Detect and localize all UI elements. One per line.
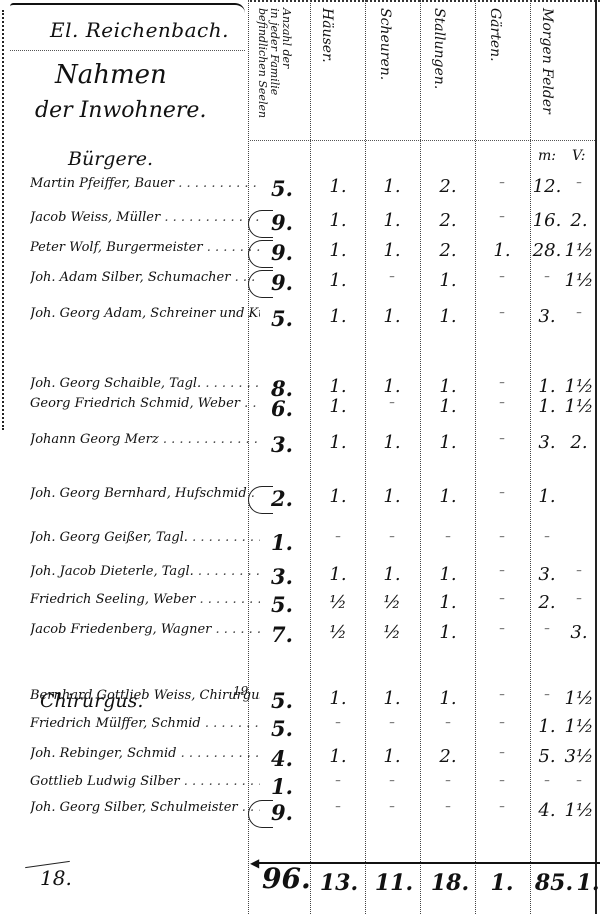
cell-barns: – (372, 716, 412, 729)
cell-stables: 1. (428, 376, 468, 397)
cell-meadows: 1½ (562, 376, 596, 397)
cell-barns: 1. (372, 486, 412, 507)
cell-fields: 1. (530, 396, 564, 417)
inhabitant-name: Friedrich Seeling, Weber (30, 592, 260, 608)
table-row: Johann Georg Merz3.1.1.1.–3.2. (0, 432, 600, 460)
inhabitant-name: Joh. Georg Bernhard, Hufschmid (30, 486, 260, 502)
cell-stables: 2. (428, 210, 468, 231)
inhabitant-name: Friedrich Mülffer, Schmid (30, 716, 260, 732)
cell-gardens: – (482, 432, 522, 445)
column-header-houses: Häuser. (320, 8, 334, 63)
cell-stables: – (428, 716, 468, 729)
cell-stables: 1. (428, 688, 468, 709)
cell-barns: 1. (372, 432, 412, 453)
inhabitant-name: Gottlieb Ludwig Silber (30, 774, 260, 790)
cell-gardens: – (482, 564, 522, 577)
cell-gardens: – (482, 592, 522, 605)
cell-meadows: 2. (562, 210, 596, 231)
cell-houses: – (318, 800, 358, 813)
column-header-stables: Stallungen. (432, 8, 446, 89)
cell-fields: – (530, 270, 564, 283)
document-title: El. Reichenbach. (50, 18, 229, 42)
cell-gardens: – (482, 486, 522, 499)
inhabitant-name: Joh. Georg Adam, Schreiner und Küfer (30, 306, 260, 322)
inhabitant-name: Joh. Jacob Dieterle, Tagl. (30, 564, 260, 580)
cell-gardens: 1. (482, 240, 522, 261)
total-barns: 11. (372, 870, 416, 896)
cell-meadows: 1½ (562, 240, 596, 261)
cell-persons: 5. (262, 592, 302, 617)
cell-meadows: 1½ (562, 688, 596, 709)
cell-meadows: – (562, 564, 596, 577)
cell-gardens: – (482, 396, 522, 409)
cell-houses: 1. (318, 688, 358, 709)
column-header-barns: Scheuren. (378, 8, 392, 80)
cell-persons: 5. (262, 306, 302, 331)
cell-meadows: – (562, 306, 596, 319)
cell-meadows: 1½ (562, 270, 596, 291)
cell-barns: – (372, 396, 412, 409)
cell-houses: – (318, 716, 358, 729)
cell-stables: 1. (428, 486, 468, 507)
cell-fields: 1. (530, 486, 564, 507)
cell-gardens: – (482, 306, 522, 319)
table-row: Peter Wolf, Burgermeister9.1.1.2.1.28.1½ (0, 240, 600, 268)
cell-gardens: – (482, 622, 522, 635)
inhabitant-name: Joh. Rebinger, Schmid (30, 746, 260, 762)
cell-fields: 12. (530, 176, 564, 197)
cell-barns: 1. (372, 376, 412, 397)
cell-houses: ½ (318, 592, 358, 613)
cell-houses: 1. (318, 432, 358, 453)
cell-meadows: 1½ (562, 800, 596, 821)
cell-persons: 5. (262, 716, 302, 741)
total-stables: 18. (428, 870, 472, 896)
cell-fields: 4. (530, 800, 564, 821)
cell-stables: – (428, 800, 468, 813)
cell-fields: 2. (530, 592, 564, 613)
subheader-meadows: V: (572, 148, 585, 164)
cell-fields: 28. (530, 240, 564, 261)
cell-houses: 1. (318, 376, 358, 397)
cell-houses: – (318, 774, 358, 787)
cell-barns: 1. (372, 240, 412, 261)
cell-persons: 5. (262, 688, 302, 713)
page-edge-top (10, 3, 245, 13)
cell-gardens: – (482, 688, 522, 701)
cell-fields: 16. (530, 210, 564, 231)
cell-gardens: – (482, 176, 522, 189)
cell-persons: 5. (262, 176, 302, 201)
column-header-fields: Morgen Felder (540, 8, 554, 114)
heading-inhabitants: der Inwohnere. (35, 98, 206, 123)
page-edge-top-right (250, 0, 600, 5)
cell-persons: 1. (262, 530, 302, 555)
cell-meadows: 1½ (562, 716, 596, 737)
inhabitant-name: Jacob Friedenberg, Wagner (30, 622, 260, 638)
table-row: Friedrich Mülffer, Schmid5.––––1.1½ (0, 716, 600, 744)
cell-persons: 9. (262, 270, 302, 295)
cell-houses: 1. (318, 746, 358, 767)
cell-fields: 1. (530, 716, 564, 737)
cell-persons: 3. (262, 564, 302, 589)
cell-persons: 9. (262, 210, 302, 235)
cell-stables: 2. (428, 240, 468, 261)
cell-gardens: – (482, 774, 522, 787)
cell-stables: 1. (428, 432, 468, 453)
table-row: Joh. Georg Silber, Schulmeister9.––––4.1… (0, 800, 600, 828)
heading-names: Nahmen (55, 60, 167, 90)
section-label-burgers: Bürgere. (68, 148, 153, 170)
inhabitant-name: Peter Wolf, Burgermeister (30, 240, 260, 256)
cell-fields: – (530, 530, 564, 543)
table-row: Gottlieb Ludwig Silber1.–––––– (0, 774, 600, 802)
cell-meadows: – (562, 774, 596, 787)
cell-stables: 1. (428, 592, 468, 613)
cell-fields: – (530, 622, 564, 635)
cell-gardens: – (482, 376, 522, 389)
cell-barns: 1. (372, 688, 412, 709)
cell-houses: ½ (318, 622, 358, 643)
cell-barns: – (372, 270, 412, 283)
cell-stables: 1. (428, 396, 468, 417)
cell-stables: 1. (428, 622, 468, 643)
cell-barns: – (372, 774, 412, 787)
cell-persons: 1. (262, 774, 302, 799)
cell-persons: 2. (262, 486, 302, 511)
cell-stables: 2. (428, 746, 468, 767)
cell-houses: 1. (318, 210, 358, 231)
total-gardens: 1. (480, 870, 524, 896)
cell-barns: 1. (372, 564, 412, 585)
cell-houses: 1. (318, 564, 358, 585)
cell-houses: 1. (318, 240, 358, 261)
cell-houses: 1. (318, 270, 358, 291)
cell-houses: 1. (318, 176, 358, 197)
cell-stables: 1. (428, 270, 468, 291)
table-row: Jacob Weiss, Müller9.1.1.2.–16.2. (0, 210, 600, 238)
cell-meadows: 2. (562, 432, 596, 453)
cell-fields: 1. (530, 376, 564, 397)
cell-barns: 1. (372, 746, 412, 767)
table-row: Martin Pfeiffer, Bauer5.1.1.2.–12.– (0, 176, 600, 204)
section-label-chirurgus: Chirurgus. (40, 690, 143, 712)
table-row: Friedrich Seeling, Weber5.½½1.–2.– (0, 592, 600, 620)
table-row: Joh. Georg Adam, Schreiner und Küfer5.1.… (0, 306, 600, 334)
table-row: Joh. Jacob Dieterle, Tagl.3.1.1.1.–3.– (0, 564, 600, 592)
cell-barns: ½ (372, 592, 412, 613)
cell-fields: 3. (530, 306, 564, 327)
column-header-gardens: Gärten. (488, 8, 502, 62)
header-rule (250, 140, 595, 141)
cell-barns: – (372, 800, 412, 813)
column-header-persons: Anzahl der in jeder Familie befindlichen… (256, 8, 292, 118)
cell-gardens: – (482, 800, 522, 813)
cell-persons: 4. (262, 746, 302, 771)
total-houses: 13. (317, 870, 361, 896)
cell-persons: 6. (262, 396, 302, 421)
table-row: Joh. Georg Geißer, Tagl.1.––––– (0, 530, 600, 558)
cell-stables: 1. (428, 306, 468, 327)
cell-fields: – (530, 774, 564, 787)
subheader-fields: m: (538, 148, 556, 164)
cell-stables: 2. (428, 176, 468, 197)
cell-fields: 3. (530, 432, 564, 453)
cell-persons: 9. (262, 800, 302, 825)
cell-meadows: 3. (562, 622, 596, 643)
inhabitant-name: Martin Pfeiffer, Bauer (30, 176, 260, 192)
inhabitant-name: Joh. Adam Silber, Schumacher (30, 270, 260, 286)
inhabitant-name: Georg Friedrich Schmid, Weber (30, 396, 260, 412)
inhabitant-name: Joh. Georg Silber, Schulmeister (30, 800, 260, 816)
total-persons: 96. (262, 862, 306, 895)
cell-barns: ½ (372, 622, 412, 643)
cell-meadows: 1½ (562, 396, 596, 417)
cell-fields: 3. (530, 564, 564, 585)
inhabitant-name: Jacob Weiss, Müller (30, 210, 260, 226)
cell-houses: 1. (318, 486, 358, 507)
cell-fields: 5. (530, 746, 564, 767)
inhabitant-name: Johann Georg Merz (30, 432, 260, 448)
table-row: Joh. Adam Silber, Schumacher9.1.–1.––1½ (0, 270, 600, 298)
inhabitant-name: Joh. Georg Geißer, Tagl. (30, 530, 260, 546)
table-row: Joh. Rebinger, Schmid4.1.1.2.–5.3½ (0, 746, 600, 774)
cell-gardens: – (482, 716, 522, 729)
inhabitant-name: Joh. Georg Schaible, Tagl. (30, 376, 260, 392)
cell-gardens: – (482, 530, 522, 543)
cell-fields: – (530, 688, 564, 701)
cell-persons: 9. (262, 240, 302, 265)
cell-houses: 1. (318, 306, 358, 327)
cell-houses: – (318, 530, 358, 543)
cell-barns: 1. (372, 176, 412, 197)
cell-meadows: 3½ (562, 746, 596, 767)
cell-gardens: – (482, 270, 522, 283)
table-row: Joh. Georg Bernhard, Hufschmid2.1.1.1.–1… (0, 486, 600, 514)
table-row: Georg Friedrich Schmid, Weber6.1.–1.–1.1… (0, 396, 600, 424)
cell-stables: – (428, 774, 468, 787)
cell-persons: 3. (262, 432, 302, 457)
cell-stables: 1. (428, 564, 468, 585)
table-row: Jacob Friedenberg, Wagner7.½½1.––3. (0, 622, 600, 650)
cell-barns: 1. (372, 210, 412, 231)
page-mark: 19 (233, 684, 248, 698)
cell-gardens: – (482, 210, 522, 223)
cell-houses: 1. (318, 396, 358, 417)
census-page: El. Reichenbach. Nahmen der Inwohnere. B… (0, 0, 600, 914)
cell-barns: 1. (372, 306, 412, 327)
cell-meadows: – (562, 592, 596, 605)
total-meadows: 1. (566, 870, 600, 896)
cell-gardens: – (482, 746, 522, 759)
household-count: 18. (40, 866, 72, 890)
cell-persons: 7. (262, 622, 302, 647)
cell-stables: – (428, 530, 468, 543)
row-rule (10, 50, 245, 51)
cell-meadows: – (562, 176, 596, 189)
cell-barns: – (372, 530, 412, 543)
